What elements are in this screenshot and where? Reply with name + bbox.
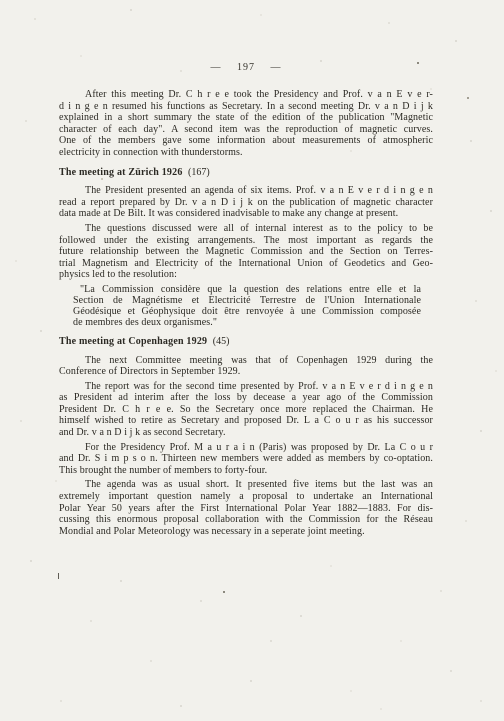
text-line: The report was for the second time prese… bbox=[59, 381, 433, 393]
text-line: "La Commission considère que la question… bbox=[73, 284, 421, 295]
text-line: trial Magnetism and Electricity of the I… bbox=[59, 258, 433, 270]
paragraph: The next Committee meeting was that of C… bbox=[59, 355, 433, 378]
text-line: future relationship between the Magnetic… bbox=[59, 246, 433, 258]
text-line: physics led to the resolution: bbox=[59, 269, 433, 281]
paragraph: The questions discussed were all of inte… bbox=[59, 223, 433, 281]
heading-title: The meeting at Copenhagen 1929 bbox=[59, 336, 207, 347]
heading-ref: (45) bbox=[213, 336, 230, 347]
paragraph: For the Presidency Prof. M a u r a i n (… bbox=[59, 442, 433, 477]
page-number: — 197 — bbox=[59, 62, 433, 73]
text-line: President Dr. C h r e e. So the Secretar… bbox=[59, 404, 433, 416]
text-line: After this meeting Dr. C h r e e took th… bbox=[59, 89, 433, 101]
paragraph: The agenda was as usual short. It presen… bbox=[59, 479, 433, 537]
text-line: himself wished to retire as Secretary an… bbox=[59, 415, 433, 427]
text-line: cussing this enormous proposal collabora… bbox=[59, 514, 433, 526]
text-line: Conference of Directors in September 192… bbox=[59, 366, 433, 378]
text-line: and Dr. v a n D i j k as second Secretar… bbox=[59, 427, 433, 439]
text-line: extremely important question namely a pr… bbox=[59, 491, 433, 503]
text-line: Mondial and Polar Meteorology was necess… bbox=[59, 526, 433, 538]
paragraph: The report was for the second time prese… bbox=[59, 381, 433, 439]
text-line: character of each day". A second item wa… bbox=[59, 124, 433, 136]
text-line: Polar Year 50 years after the First Inte… bbox=[59, 503, 433, 515]
text-line: The questions discussed were all of inte… bbox=[59, 223, 433, 235]
text-line: explained in a short summary the state o… bbox=[59, 112, 433, 124]
scan-noise-dark bbox=[0, 0, 2, 2]
text-line: This brought the number of members to fo… bbox=[59, 465, 433, 477]
text-line: data made at De Bilt. It was considered … bbox=[59, 208, 433, 220]
text-line: The President presented an agenda of six… bbox=[59, 185, 433, 197]
scan-artifact-tick bbox=[58, 573, 59, 579]
heading-title: The meeting at Zürich 1926 bbox=[59, 167, 183, 178]
text-line: d i n g e n resumed his functions as Sec… bbox=[59, 101, 433, 113]
text-line: The agenda was as usual short. It presen… bbox=[59, 479, 433, 491]
text-line: One of the members gave some information… bbox=[59, 135, 433, 147]
text-line: The next Committee meeting was that of C… bbox=[59, 355, 433, 367]
section-heading-copenhagen: The meeting at Copenhagen 1929 (45) bbox=[59, 336, 433, 348]
section-heading-zurich: The meeting at Zürich 1926 (167) bbox=[59, 167, 433, 179]
text-line: Section de Magnétisme et Electricité Ter… bbox=[73, 295, 421, 306]
heading-ref: (167) bbox=[188, 167, 210, 178]
document-body: — 197 — After this meeting Dr. C h r e e… bbox=[59, 62, 433, 540]
scanned-page: — 197 — After this meeting Dr. C h r e e… bbox=[0, 0, 504, 721]
block-quote: "La Commission considère que la question… bbox=[73, 284, 421, 328]
paragraph: After this meeting Dr. C h r e e took th… bbox=[59, 89, 433, 159]
text-line: de membres des deux organismes." bbox=[73, 317, 421, 328]
text-line: For the Presidency Prof. M a u r a i n (… bbox=[59, 442, 433, 454]
text-line: as President ad interim after the loss b… bbox=[59, 392, 433, 404]
text-line: electricity in connection with thunderst… bbox=[59, 147, 433, 159]
paragraph: The President presented an agenda of six… bbox=[59, 185, 433, 220]
text-line: and Dr. S i m p s o n. Thirteen new memb… bbox=[59, 453, 433, 465]
text-line: read a report prepared by Dr. v a n D i … bbox=[59, 197, 433, 209]
text-line: followed under the existing arrangements… bbox=[59, 235, 433, 247]
text-line: Géodésique et Géophysique doit être renv… bbox=[73, 306, 421, 317]
